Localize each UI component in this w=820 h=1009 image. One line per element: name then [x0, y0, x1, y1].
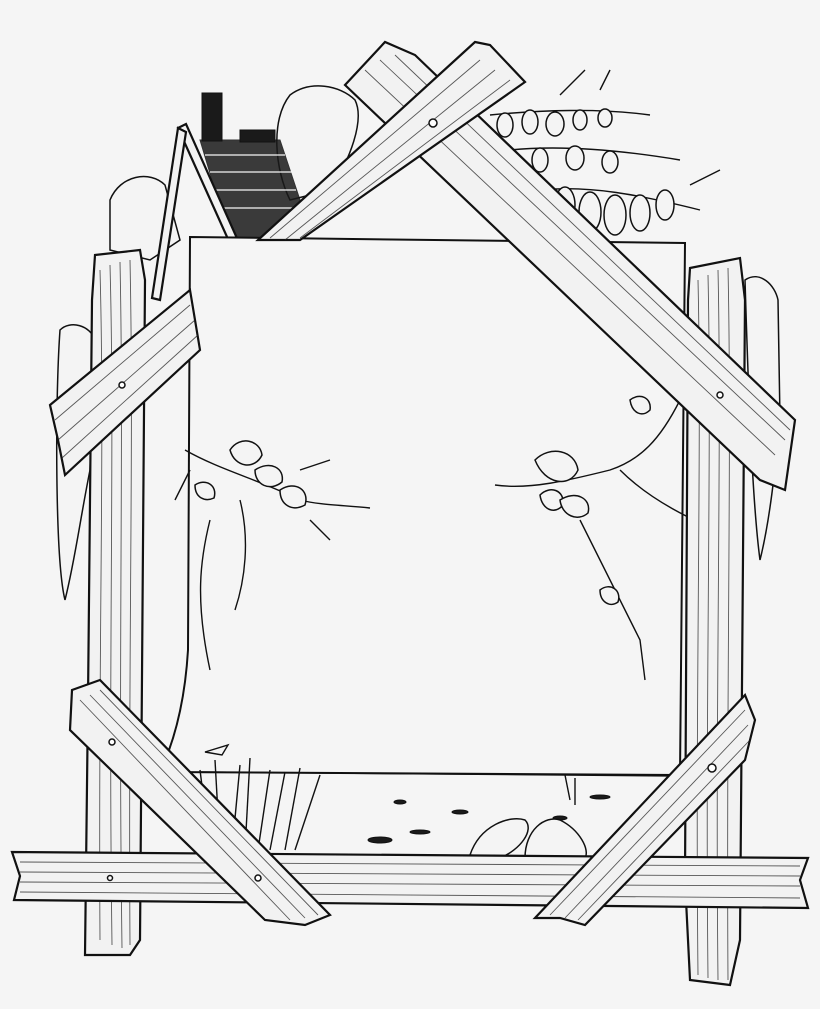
wooden-frame-illustration: [0, 0, 820, 1009]
bottom-rail: [12, 852, 808, 908]
ducks: [470, 775, 586, 858]
chimney: [202, 93, 222, 141]
